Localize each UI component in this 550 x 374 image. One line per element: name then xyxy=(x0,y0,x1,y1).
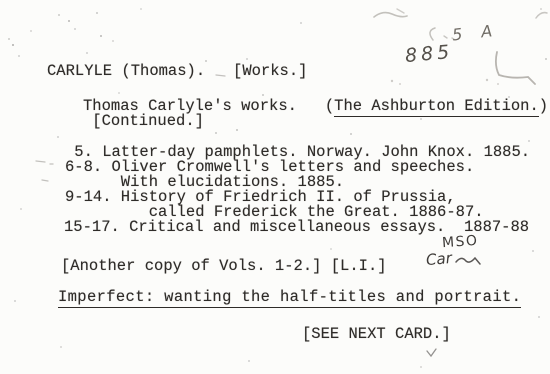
entry-line: 15-17. Critical and miscellaneous essays… xyxy=(64,220,529,235)
continued-note: [Continued.] xyxy=(83,114,204,129)
pen-note-car: Car xyxy=(425,249,452,269)
card-title-close-paren: ) xyxy=(539,97,548,115)
pencil-pressmark-number: 885 xyxy=(404,41,454,67)
see-next-card-note: [SEE NEXT CARD.] xyxy=(302,327,451,342)
scan-noise xyxy=(0,0,2,2)
another-copy-note: [Another copy of Vols. 1-2.] [L.I.] xyxy=(61,259,387,274)
catalog-card: CARLYLE (Thomas). [Works.] Thomas Carlyl… xyxy=(0,0,550,374)
card-heading: CARLYLE (Thomas). [Works.] xyxy=(47,64,307,79)
imperfect-note: Imperfect: wanting the half-titles and p… xyxy=(58,290,521,305)
pencil-pressmark-letters: 5 A xyxy=(451,21,500,45)
imperfect-note-text: Imperfect: wanting the half-titles and p… xyxy=(58,288,521,308)
edition-underlined: The Ashburton Edition. xyxy=(334,97,539,117)
